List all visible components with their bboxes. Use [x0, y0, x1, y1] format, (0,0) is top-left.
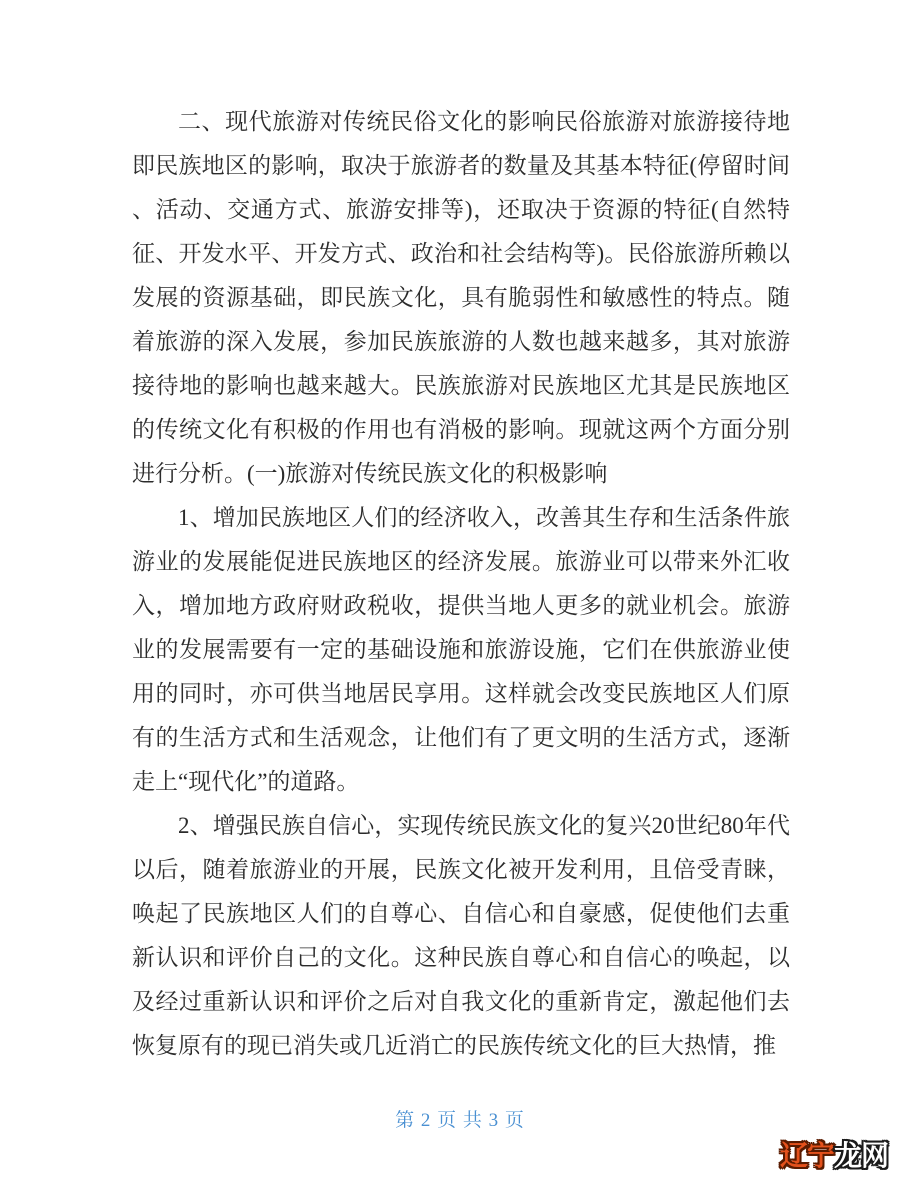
page-footer: 第 2 页 共 3 页: [0, 1106, 920, 1136]
document-page: 二、现代旅游对传统民俗文化的影响民俗旅游对旅游接待地即民族地区的影响，取决于旅游…: [0, 0, 920, 1191]
page-number-indicator: 第 2 页 共 3 页: [395, 1110, 525, 1131]
site-watermark-logo: 辽宁龙网: [780, 1138, 888, 1174]
paragraph-point-2: 2、增强民族自信心，实现传统民族文化的复兴20世纪80年代以后，随着旅游业的开展…: [132, 804, 790, 1068]
paragraph-point-1: 1、增加民族地区人们的经济收入，改善其生存和生活条件旅游业的发展能促进民族地区的…: [132, 496, 790, 804]
watermark-text-secondary: 龙网: [834, 1140, 888, 1171]
paragraph-section-2-intro: 二、现代旅游对传统民俗文化的影响民俗旅游对旅游接待地即民族地区的影响，取决于旅游…: [132, 100, 790, 496]
document-body: 二、现代旅游对传统民俗文化的影响民俗旅游对旅游接待地即民族地区的影响，取决于旅游…: [132, 100, 790, 1068]
watermark-text-primary: 辽宁: [780, 1140, 834, 1171]
